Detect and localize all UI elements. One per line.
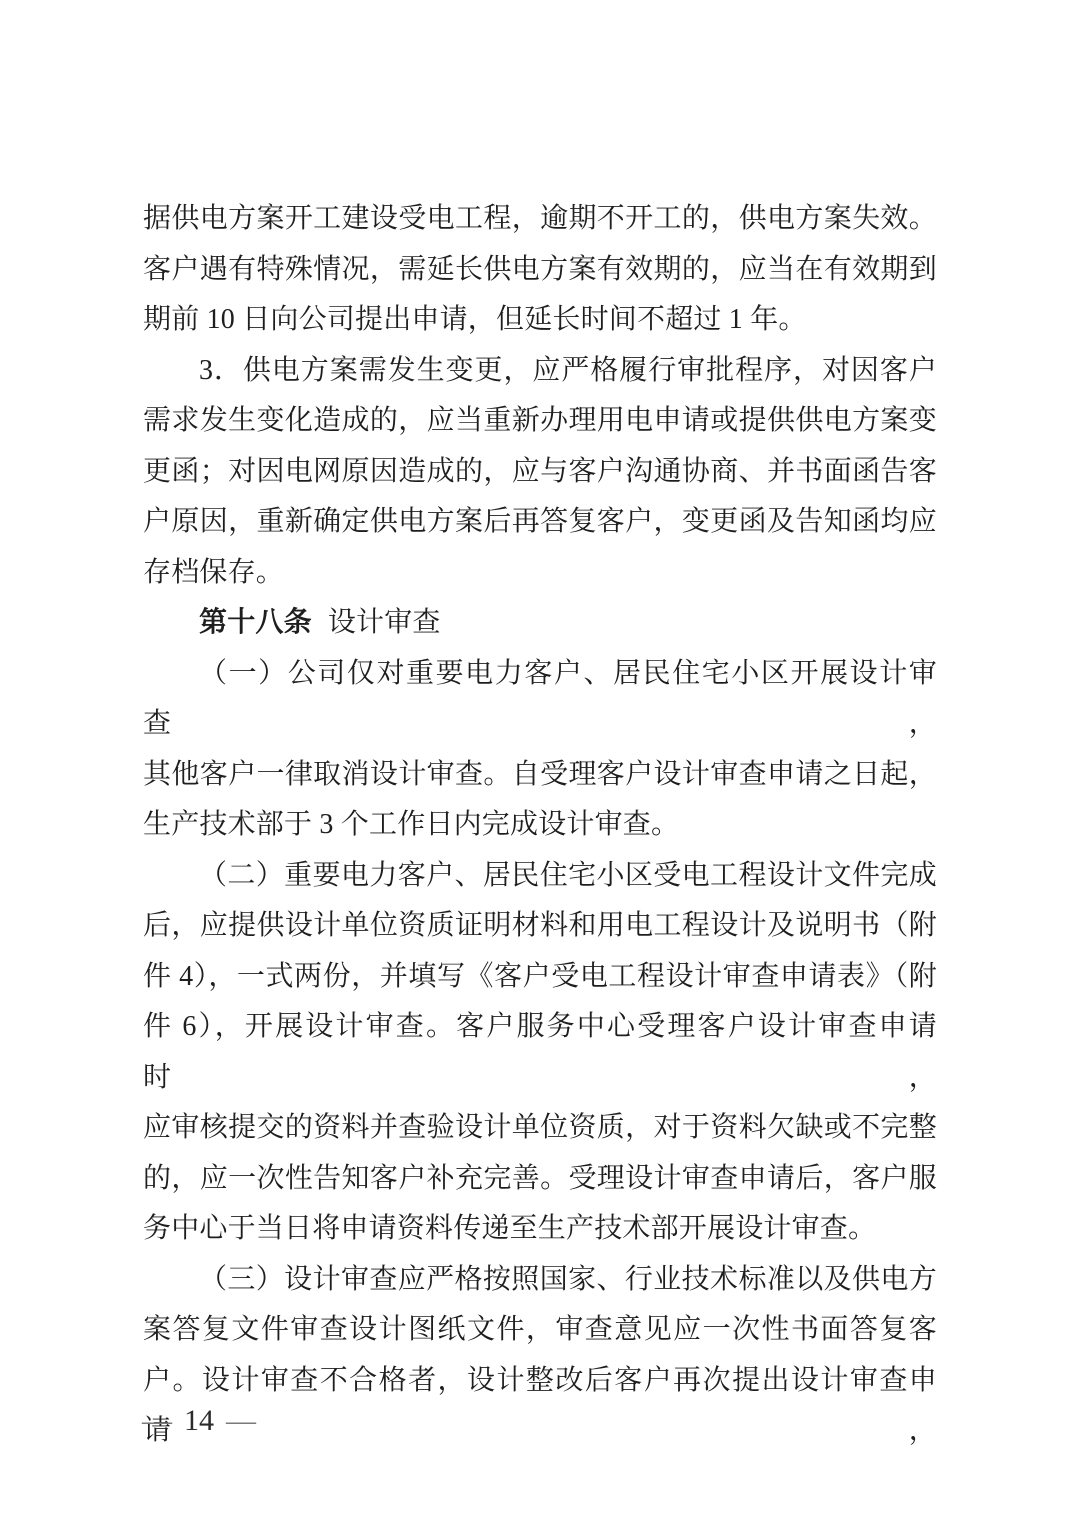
body-line-02: 客户遇有特殊情况，需延长供电方案有效期的，应当在有效期到: [143, 245, 937, 296]
article-heading: 第十八条设计审查: [143, 598, 937, 649]
article-number: 第十八条: [199, 607, 312, 638]
body-line-15: 件 4），一式两份，并填写《客户受电工程设计审查申请表》（附: [143, 952, 937, 1003]
body-line-08: 存档保存。: [143, 548, 937, 599]
body-line-17: 应审核提交的资料并查验设计单位资质，对于资料欠缺或不完整: [143, 1103, 937, 1154]
body-line-11: 其他客户一律取消设计审查。自受理客户设计审查申请之日起，: [143, 750, 937, 801]
body-line-01: 据供电方案开工建设受电工程，逾期不开工的，供电方案失效。: [143, 194, 937, 245]
body-line-13: （二）重要电力客户、居民住宅小区受电工程设计文件完成: [143, 851, 937, 902]
body-line-04: 3．供电方案需发生变更，应严格履行审批程序，对因客户: [143, 346, 937, 397]
body-line-16: 件 6），开展设计审查。客户服务中心受理客户设计审查申请时，: [143, 1002, 937, 1103]
body-line-19: 务中心于当日将申请资料传递至生产技术部开展设计审查。: [143, 1204, 937, 1255]
body-line-18: 的，应一次性告知客户补充完善。受理设计审查申请后，客户服: [143, 1154, 937, 1205]
body-line-10: （一）公司仅对重要电力客户、居民住宅小区开展设计审查，: [143, 649, 937, 750]
body-line-03: 期前 10 日向公司提出申请，但延长时间不超过 1 年。: [143, 295, 937, 346]
body-line-22: 户。设计审查不合格者，设计整改后客户再次提出设计审查申请，: [143, 1356, 937, 1457]
body-line-06: 更函；对因电网原因造成的，应与客户沟通协商、并书面函告客: [143, 447, 937, 498]
document-page: 据供电方案开工建设受电工程，逾期不开工的，供电方案失效。 客户遇有特殊情况，需延…: [0, 0, 1074, 1520]
body-line-05: 需求发生变化造成的，应当重新办理用电申请或提供供电方案变: [143, 396, 937, 447]
page-footer: — 14 —: [142, 1404, 256, 1438]
page-body: 据供电方案开工建设受电工程，逾期不开工的，供电方案失效。 客户遇有特殊情况，需延…: [143, 194, 937, 1457]
article-title: 设计审查: [328, 607, 441, 638]
body-line-07: 户原因，重新确定供电方案后再答复客户，变更函及告知函均应: [143, 497, 937, 548]
footer-dash-left: —: [142, 1404, 172, 1438]
body-line-21: 案答复文件审查设计图纸文件，审查意见应一次性书面答复客: [143, 1305, 937, 1356]
page-number: 14: [184, 1404, 214, 1438]
body-line-14: 后，应提供设计单位资质证明材料和用电工程设计及说明书（附: [143, 901, 937, 952]
footer-dash-right: —: [226, 1404, 256, 1438]
body-line-12: 生产技术部于 3 个工作日内完成设计审查。: [143, 800, 937, 851]
body-line-20: （三）设计审查应严格按照国家、行业技术标准以及供电方: [143, 1255, 937, 1306]
